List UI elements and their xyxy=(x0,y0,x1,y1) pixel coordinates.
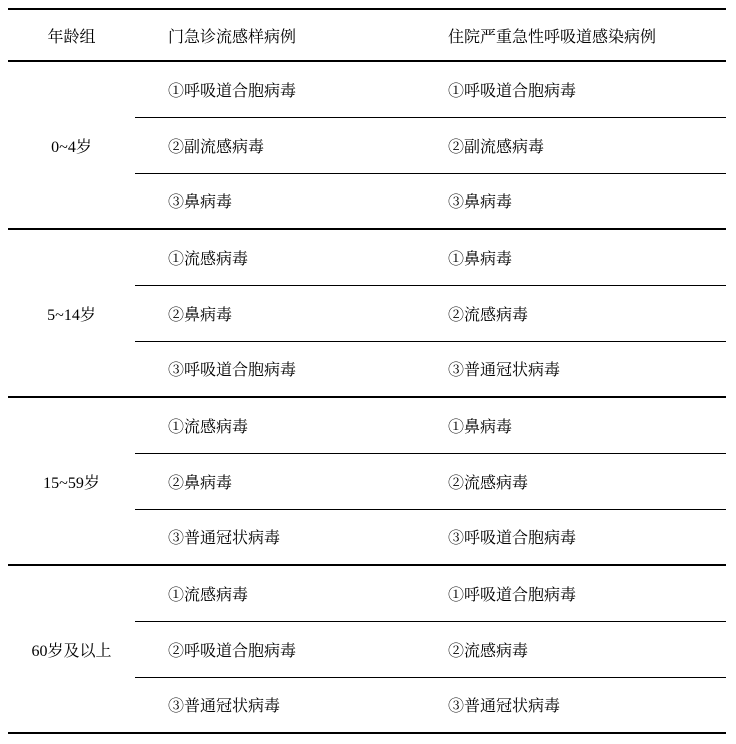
header-hospitalized-sari: 住院严重急性呼吸道感染病例 xyxy=(415,9,726,61)
table-header-row: 年龄组 门急诊流感样病例 住院严重急性呼吸道感染病例 xyxy=(8,9,726,61)
sari-virus-cell: ②流感病毒 xyxy=(415,453,726,509)
table-header: 年龄组 门急诊流感样病例 住院严重急性呼吸道感染病例 xyxy=(8,9,726,61)
header-outpatient-ili: 门急诊流感样病例 xyxy=(135,9,415,61)
sari-virus-cell: ②副流感病毒 xyxy=(415,117,726,173)
table-row: 15~59岁①流感病毒①鼻病毒 xyxy=(8,397,726,453)
sari-virus-cell: ①呼吸道合胞病毒 xyxy=(415,565,726,621)
ili-virus-cell: ③普通冠状病毒 xyxy=(135,677,415,733)
ili-virus-cell: ①流感病毒 xyxy=(135,397,415,453)
sari-virus-cell: ③普通冠状病毒 xyxy=(415,677,726,733)
virus-ranking-table: 年龄组 门急诊流感样病例 住院严重急性呼吸道感染病例 0~4岁①呼吸道合胞病毒①… xyxy=(8,8,726,734)
ili-virus-cell: ①呼吸道合胞病毒 xyxy=(135,61,415,117)
sari-virus-cell: ③普通冠状病毒 xyxy=(415,341,726,397)
age-group-cell: 60岁及以上 xyxy=(8,565,135,733)
table-row: 60岁及以上①流感病毒①呼吸道合胞病毒 xyxy=(8,565,726,621)
ili-virus-cell: ①流感病毒 xyxy=(135,565,415,621)
sari-virus-cell: ③呼吸道合胞病毒 xyxy=(415,509,726,565)
ili-virus-cell: ②鼻病毒 xyxy=(135,285,415,341)
ili-virus-cell: ②呼吸道合胞病毒 xyxy=(135,621,415,677)
document-page: 年龄组 门急诊流感样病例 住院严重急性呼吸道感染病例 0~4岁①呼吸道合胞病毒①… xyxy=(0,0,736,734)
age-group-cell: 0~4岁 xyxy=(8,61,135,229)
ili-virus-cell: ①流感病毒 xyxy=(135,229,415,285)
sari-virus-cell: ①鼻病毒 xyxy=(415,229,726,285)
ili-virus-cell: ②副流感病毒 xyxy=(135,117,415,173)
table-body: 0~4岁①呼吸道合胞病毒①呼吸道合胞病毒②副流感病毒②副流感病毒③鼻病毒③鼻病毒… xyxy=(8,61,726,733)
table-row: 0~4岁①呼吸道合胞病毒①呼吸道合胞病毒 xyxy=(8,61,726,117)
age-group-cell: 15~59岁 xyxy=(8,397,135,565)
sari-virus-cell: ③鼻病毒 xyxy=(415,173,726,229)
ili-virus-cell: ③普通冠状病毒 xyxy=(135,509,415,565)
sari-virus-cell: ②流感病毒 xyxy=(415,285,726,341)
sari-virus-cell: ①鼻病毒 xyxy=(415,397,726,453)
sari-virus-cell: ②流感病毒 xyxy=(415,621,726,677)
age-group-cell: 5~14岁 xyxy=(8,229,135,397)
ili-virus-cell: ③鼻病毒 xyxy=(135,173,415,229)
header-age-group: 年龄组 xyxy=(8,9,135,61)
table-row: 5~14岁①流感病毒①鼻病毒 xyxy=(8,229,726,285)
sari-virus-cell: ①呼吸道合胞病毒 xyxy=(415,61,726,117)
ili-virus-cell: ③呼吸道合胞病毒 xyxy=(135,341,415,397)
ili-virus-cell: ②鼻病毒 xyxy=(135,453,415,509)
